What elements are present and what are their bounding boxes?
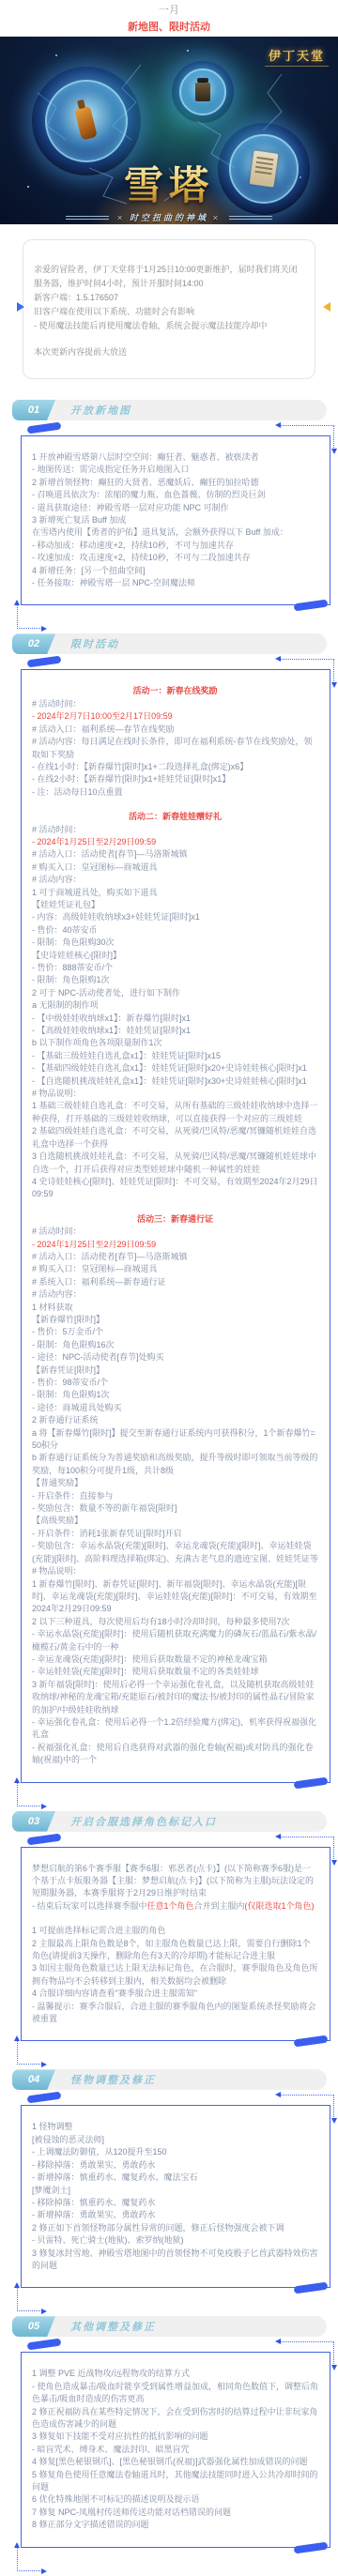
section-number-badge: 02 — [12, 633, 55, 654]
box-line: - 攻速加成：攻击速度+2，持续10秒，不可与二段加速共存 — [32, 552, 318, 564]
box-line — [34, 333, 304, 345]
box-line: - 暗盲咒术、缚身术、魔法封印、暗黑盲咒 — [32, 2444, 318, 2456]
box-line: 2 修正如下首领怪物部分属性异常的问题，修正后怪物强度会被下调 — [32, 2222, 318, 2234]
box-line: - 幸运龙魂袋(充能)[限时]：使用后获取数量不定的神秘龙魂宝箱 — [32, 1654, 318, 1666]
box-line: # 活动时间： — [32, 824, 318, 836]
box-line: - 任务接取：神殿雪塔一层 NPC-空间魔法师 — [32, 577, 318, 589]
banner-title: 雪塔 — [0, 155, 338, 211]
box-line: 3 新年福袋[限时]：使用后必得一个幸运强化卷礼盒，以及随机获取高级娃娃收纳球/… — [32, 1679, 318, 1716]
box-line: - 幸运娃娃袋(充能)[限时]：使用后获取数量不定的各类娃娃球 — [32, 1666, 318, 1678]
section-monster-adjustments: 04 怪物调整及修正 1 怪物调整[被侵蚀的恶灵法师]- 上调魔法防御值，从12… — [0, 2069, 338, 2288]
box-line: 3 新增死亡复活 Buff 加成 — [32, 514, 318, 526]
box-line: - 2024年1月25日至2月29日09:59 — [32, 836, 318, 848]
box-line: - 奖励包含：数量不等的新年福袋[限时] — [32, 1502, 318, 1515]
box-line: - 【中级娃娃收纳球x1】：新春爆竹[限时]x1 — [32, 1013, 318, 1025]
box-line: - 使用魔法技能后再使用魔法卷轴，系统会提示魔法技能冷却中 — [34, 319, 304, 333]
box-line: - 【高级娃娃收纳球x1】：娃娃凭证[限时]x1 — [32, 1025, 318, 1037]
box-line: # 系统入口：福利系统—新春通行证 — [32, 1276, 318, 1288]
dashed-arrow-decoration — [279, 2341, 334, 2366]
section-header: 03 开启合服选择角色标记入口 — [12, 1811, 327, 1832]
rule-decoration — [66, 216, 109, 220]
box-content: 1 开放神殿雪塔第八层时空空间：癫狂者、魅惑者、被亵渎者- 地图传送：需完成指定… — [32, 451, 318, 589]
update-category-label: 新地图、限时活动 — [0, 19, 338, 34]
box-line: 4 合服详细内容请查看"赛季服合进主服需知" — [32, 1988, 318, 2000]
box-line: 本次更新内容提前大放送 — [34, 345, 304, 359]
box-line: 2 以下三种道具，每次使用后均有18小时冷却时间，每种最多使用7次 — [32, 1616, 318, 1628]
box-line: 2 修正祝福防具在某些特定情况下，会在受到伤害时的结算过程中让非玩家角色造成伤害… — [32, 2406, 318, 2431]
box-line: 亲爱的冒险者，伊丁天堂将于1月25日10:00更新维护，届时我们将关闭服务器，维… — [34, 263, 304, 291]
box-line: 【高级奖励】 — [32, 1515, 318, 1527]
box-line: 新客户端：1.5.176507 — [34, 291, 304, 305]
box-line: - 途径：商城道具处购买 — [32, 1402, 318, 1414]
section-new-map: 01 开放新地图 1 开放神殿雪塔第八层时空空间：癫狂者、魅惑者、被亵渎者- 地… — [0, 400, 338, 605]
box-line: - 幸运水晶袋(充能)[限时]：使用后随机获取充满魔力的磷灰石/蓝晶石/紫水晶/… — [32, 1628, 318, 1654]
box-line: 2 新增首领怪物：癫狂的大贤者、恶魔妖后、癫狂的加拉哈德 — [32, 477, 318, 489]
box-line: - 售价：5万金币/个 — [32, 1326, 318, 1338]
section-title: 开放新地图 — [70, 403, 131, 418]
section-other-fixes: 05 其他调整及修正 1 调整 PVE 近战物攻/远程物攻的结算方式- 使角色造… — [0, 2316, 338, 2547]
month-label: 一月 — [0, 0, 338, 17]
box-line: 2 主服最高上限角色数是8个，如主服角色数量已达上限，需要自行删除1个角色(请提… — [32, 1938, 318, 1963]
game-logo: 伊丁天堂 — [265, 44, 329, 67]
yellow-arrow-icon — [323, 302, 330, 312]
box-line: 6 优化特殊地图不可标记的描述说明及提示语 — [32, 2493, 318, 2506]
banner-image: 伊丁天堂 雪塔 时空扭曲的神域 — [0, 37, 338, 224]
box-line: - 售价：888蒂安币/个 — [32, 962, 318, 974]
section-title: 其他调整及修正 — [70, 2319, 156, 2334]
box-line: # 活动内容： — [32, 874, 318, 886]
box-line: - 上调魔法防御值，从120提升至150 — [32, 2146, 318, 2158]
dashed-arrow-decoration — [17, 604, 42, 629]
box-line: - 移除掉落：慎重药水、魔复药水 — [32, 2197, 318, 2209]
box-line: 1 材料获取 — [32, 1302, 318, 1314]
section-title: 开启合服选择角色标记入口 — [70, 1814, 217, 1829]
maintenance-notice-card: 亲爱的冒险者，伊丁天堂将于1月25日10:00更新维护，届时我们将关闭服务器，维… — [23, 239, 315, 379]
box-line: - 途径：NPC-活动使者[春节]处购买 — [32, 1351, 318, 1364]
box-line: 2 基础四级娃娃自选礼盒：不可交易，从死骑/巴风特/恶魔/冥镰随机娃娃自选礼盒中… — [32, 1125, 318, 1151]
box-content: 活动一：新春在线奖励# 活动时间：- 2024年2月7日10:00至2月17日0… — [32, 685, 318, 1766]
box-line: 4 修复[黑色秘银钢爪]、[黑色秘银钢爪(祝福)]武器强化属性加成错误的问题 — [32, 2456, 318, 2468]
section-header: 04 怪物调整及修正 — [12, 2069, 327, 2090]
box-line: a 无限制的制作项 — [32, 999, 318, 1012]
box-line: # 物品说明： — [32, 1565, 318, 1578]
box-line: # 活动内容： — [32, 1288, 318, 1301]
box-line: - 祝福强化礼盒：使用后自选获得对武器的强化卷轴(祝福)或对防具的强化卷轴(祝福… — [32, 1742, 318, 1767]
banner-subtitle: 时空扭曲的神域 — [130, 211, 208, 223]
content-box: 活动一：新春在线奖励# 活动时间：- 2024年2月7日10:00至2月17日0… — [21, 669, 330, 1782]
box-line: - 售价：40蒂安币 — [32, 924, 318, 937]
box-line: 7 修复 NPC-凤凰村传送师传送功能对话档错误的问题 — [32, 2507, 318, 2519]
box-line: # 购买入口：皇冠图标—商城道具 — [32, 1263, 318, 1275]
box-line: - 开启条件：消耗1张新春凭证[限时]开启 — [32, 1528, 318, 1540]
box-line: # 活动入口：福利系统—春节在线奖励 — [32, 724, 318, 736]
oval-decoration — [294, 600, 329, 612]
section-header: 05 其他调整及修正 — [12, 2316, 327, 2337]
box-line: - 奖励包含：幸运水晶袋(充能)[限时]、幸运龙魂袋(充能)[限时]、幸运娃娃袋… — [32, 1540, 318, 1565]
dashed-arrow-decoration — [17, 1782, 42, 1806]
box-line: # 活动时间： — [32, 698, 318, 710]
box-line: 活动三：新春通行证 — [32, 1213, 318, 1226]
box-line: 3 自选随机挑战娃娃礼盒：不可交易，从死骑/巴风特/恶魔/冥镰随机娃娃球中自选一… — [32, 1151, 318, 1176]
content-box: 梦想启航的第6个赛季服【赛季6服：邪恶者(点卡)】(以下简称赛季6服)是一个基于… — [21, 1847, 330, 2042]
dashed-arrow-decoration — [279, 659, 334, 683]
content-box: 1 调整 PVE 近战物攻/远程物攻的结算方式- 使角色造成暴击/吸血时能享受到… — [21, 2352, 330, 2547]
oval-decoration — [294, 2541, 329, 2553]
section-number-badge: 05 — [12, 2316, 55, 2337]
box-line: 【新春凭证[限时]】 — [32, 1364, 318, 1377]
box-line: - 2024年2月7日10:00至2月17日09:59 — [32, 710, 318, 723]
oval-decoration — [294, 2035, 329, 2048]
box-line: - 新增掉落：勇敢果实、勇敢药水 — [32, 2209, 318, 2221]
box-line: - 限制：角色限购30次 — [32, 937, 318, 949]
box-line: 【史诗娃娃核心[限时]】 — [32, 950, 318, 962]
page: 一月 新地图、限时活动 伊丁天堂 雪塔 — [0, 0, 338, 2548]
box-line: - 【基础三级娃娃自选礼盒x1】：娃娃凭证[限时]x15 — [32, 1050, 318, 1062]
box-line: - 贝雷特、死亡骑士(地狱)、索罗纳(地狱) — [32, 2234, 318, 2247]
box-line: 1 开放神殿雪塔第八层时空空间：癫狂者、魅惑者、被亵渎者 — [32, 451, 318, 464]
section-merge-marking: 03 开启合服选择角色标记入口 梦想启航的第6个赛季服【赛季6服：邪恶者(点卡)… — [0, 1811, 338, 2042]
box-line: - 使角色造成暴击/吸血时能享受到属性增益加成，相同角色数值下，调整后角色暴击/… — [32, 2381, 318, 2406]
cross-decoration — [208, 213, 225, 222]
oval-decoration — [294, 2282, 329, 2294]
relic-icon — [195, 83, 210, 101]
box-line: [被侵蚀的恶灵法师] — [32, 2134, 318, 2146]
box-line: [梦魇剑士] — [32, 2185, 318, 2197]
box-line: # 活动时间： — [32, 1226, 318, 1238]
dashed-arrow-decoration — [17, 2287, 42, 2311]
section-number-badge: 03 — [12, 1811, 55, 1832]
content-box: 1 开放神殿雪塔第八层时空空间：癫狂者、魅惑者、被亵渎者- 地图传送：需完成指定… — [21, 435, 330, 605]
rule-decoration — [229, 216, 272, 220]
box-line: b 以下制作项角色各项限量制作1次 — [32, 1037, 318, 1049]
box-line: # 购买入口：皇冠图标—商城道具 — [32, 861, 318, 874]
box-content: 梦想启航的第6个赛季服【赛季6服：邪恶者(点卡)】(以下简称赛季6服)是一个基于… — [32, 1863, 318, 2026]
oval-decoration — [27, 2339, 62, 2351]
box-line: - 移动加成：移动速度+2，持续10秒，不可与加速共存 — [32, 540, 318, 552]
box-line: - 【基础四级娃娃自选礼盒x1】：娃娃凭证[限时]x20+史诗娃娃核心[限时]x… — [32, 1062, 318, 1075]
section-number-badge: 04 — [12, 2069, 55, 2090]
box-line: 【娃娃凭证礼包】 — [32, 899, 318, 911]
box-line: # 活动入口：活动使者[春节]—马洛斯城镇 — [32, 848, 318, 861]
box-line: - 幸运强化卷礼盒：使用后必得一个1.2倍经验魔方(绑定)，机率获得祝福强化礼盒 — [32, 1716, 318, 1742]
cross-decoration — [113, 213, 130, 222]
box-line: - 结束后玩家可以选择赛季服中任意1个角色合并到主服内(仅限选取1个角色) — [32, 1900, 318, 1913]
box-line: 2 可于 NPC-活动使者处，进行如下制作 — [32, 987, 318, 999]
section-limited-events: 02 限时活动 活动一：新春在线奖励# 活动时间：- 2024年2月7日10:0… — [0, 633, 338, 1782]
box-line: - 在线1小时：【新春爆竹[限时]x1+二段选择礼盒(绑定)x6】 — [32, 761, 318, 773]
energy-orb — [172, 61, 234, 123]
oval-decoration — [27, 422, 62, 434]
box-line: - 道具获取途径：神殿雪塔一层对应功能 NPC 可制作 — [32, 502, 318, 514]
section-header: 02 限时活动 — [12, 633, 327, 654]
box-line: - 【自选随机挑战娃娃礼盒x1】：娃娃凭证[限时]x30+史诗娃娃核心[限时]x… — [32, 1075, 318, 1088]
box-line: - 限制：角色限购1次 — [32, 1389, 318, 1401]
section-number-badge: 01 — [12, 400, 55, 420]
box-line: 3 修复如下技能不受对应抗性的抵抗影响的问题 — [32, 2431, 318, 2443]
box-line: - 限制：角色限购1次 — [32, 974, 318, 986]
box-line: - 限制：角色限购16次 — [32, 1339, 318, 1351]
box-line — [32, 1913, 318, 1925]
box-line: # 活动内容：每日满足在线时长条件，即可在福利系统-春节在线奖励处，领取如下奖励 — [32, 736, 318, 761]
box-line: 2 新春通行证系统 — [32, 1414, 318, 1426]
box-line: - 地图传送：需完成指定任务开启地图入口 — [32, 464, 318, 476]
box-line: 4 史诗娃娃核心[限时]、娃娃凭证[限时]：不可交易，有效期至2024年2月29… — [32, 1176, 318, 1201]
box-line: - 开启条件：直接参与 — [32, 1490, 318, 1502]
box-content: 1 调整 PVE 近战物攻/远程物攻的结算方式- 使角色造成暴击/吸血时能享受到… — [32, 2368, 318, 2531]
box-line: - 移除掉落：勇敢果实、勇敢药水 — [32, 2159, 318, 2172]
box-line: # 活动入口：活动使者[春节]—马洛斯城镇 — [32, 1251, 318, 1263]
box-line: 活动二：新春娃娃赠好礼 — [32, 811, 318, 823]
box-line: 【普通奖励】 — [32, 1477, 318, 1489]
box-line: 4 新增任务：[另一个扭曲空间] — [32, 565, 318, 577]
banner-subtitle-row: 时空扭曲的神域 — [0, 211, 338, 223]
box-line: 梦想启航的第6个赛季服【赛季6服：邪恶者(点卡)】(以下简称赛季6服)是一个基于… — [32, 1863, 318, 1900]
box-line: - 售价：98蒂安币/个 — [32, 1377, 318, 1389]
box-line — [32, 799, 318, 811]
box-line: b 新春通行证系统分为普通奖励和高级奖励，提升等级时即可领取当前等级的奖励，每1… — [32, 1452, 318, 1477]
box-line: - 内容：高级娃娃收纳球x3+娃娃凭证[限时]x1 — [32, 911, 318, 923]
box-line: 1 调整 PVE 近战物攻/远程物攻的结算方式 — [32, 2368, 318, 2380]
notice-content: 亲爱的冒险者，伊丁天堂将于1月25日10:00更新维护，届时我们将关闭服务器，维… — [34, 263, 304, 359]
dashed-arrow-decoration — [17, 2547, 42, 2571]
box-line: 1 可于商城道具处，购买如下道具 — [32, 887, 318, 899]
section-title: 限时活动 — [70, 636, 119, 651]
box-line: 1 新春爆竹[限时]、新春凭证[限时]、新年福袋[限时]、幸运水晶袋(充能)[限… — [32, 1578, 318, 1616]
oval-decoration — [294, 1776, 329, 1789]
box-line: - 新增掉落：慎重药水、魔复药水、魔法宝石 — [32, 2172, 318, 2184]
box-line: - 注：活动每日10点重置 — [32, 786, 318, 799]
oval-decoration — [27, 656, 62, 668]
oval-decoration — [27, 1833, 62, 1845]
box-line: 1 可提前选择标记需合进主服的角色 — [32, 1925, 318, 1937]
box-line: - 2024年1月25日至2月29日09:59 — [32, 1239, 318, 1251]
box-line: 旧客户端在使用以下系统、功能时会有影响 — [34, 305, 304, 319]
section-title: 怪物调整及修正 — [70, 2072, 156, 2087]
content-box: 1 怪物调整[被侵蚀的恶灵法师]- 上调魔法防御值，从120提升至150- 移除… — [21, 2105, 330, 2288]
box-content: 1 怪物调整[被侵蚀的恶灵法师]- 上调魔法防御值，从120提升至150- 移除… — [32, 2121, 318, 2272]
box-line: - 温馨提示：赛季合服后，合进主服的赛季服角色内的图鉴系统杀怪奖励将会被重置 — [32, 2001, 318, 2026]
box-line: a 将【新春爆竹[限时]】提交至新春通行证系统内可获得积分，1个新春爆竹=50积… — [32, 1427, 318, 1453]
box-line: 在雪塔内使用【勇者的护佑】道具复活，会额外获得以下 Buff 加成： — [32, 526, 318, 539]
dashed-arrow-decoration — [279, 1837, 334, 1861]
box-line — [32, 1201, 318, 1213]
blue-arrow-icon — [17, 302, 24, 312]
box-line: 1 基础三级娃娃自选礼盒：不可交易，从所有基础的三级娃娃收纳球中选择一种获得，打… — [32, 1100, 318, 1125]
box-line: 3 修复冰封雪地、神殿雪塔地图中的首领怪物不可免疫骰子匕首武器特效伤害的问题 — [32, 2248, 318, 2273]
dashed-arrow-decoration — [279, 2095, 334, 2119]
box-line: 3 如因主服角色数量已达上限无法标记角色，在合服时，赛季服角色及角色所拥有物品均… — [32, 1962, 318, 1988]
potion-bottle-icon — [74, 105, 98, 140]
section-header: 01 开放新地图 — [12, 400, 327, 420]
box-line: 1 怪物调整 — [32, 2121, 318, 2133]
box-line: 5 修复角色使用任意魔法卷轴道具时，其他魔法技能同时进入公共冷却时间的问题 — [32, 2469, 318, 2494]
dashed-arrow-decoration — [17, 2040, 42, 2065]
box-line: - 在线2小时：【新春爆竹[限时]x1+娃娃凭证[限时]x1】 — [32, 773, 318, 785]
box-line: 8 修正部分文字描述错误的问题 — [32, 2519, 318, 2531]
dashed-arrow-decoration — [279, 425, 334, 450]
box-line: 活动一：新春在线奖励 — [32, 685, 318, 697]
box-line: - 召唤道具依次为：浓缩的魔力瓶、血色蔷薇、仿制的烈炎巨剑 — [32, 489, 318, 501]
box-line: 【新春爆竹[限时]】 — [32, 1314, 318, 1326]
oval-decoration — [27, 2092, 62, 2104]
box-line: # 物品说明： — [32, 1088, 318, 1100]
